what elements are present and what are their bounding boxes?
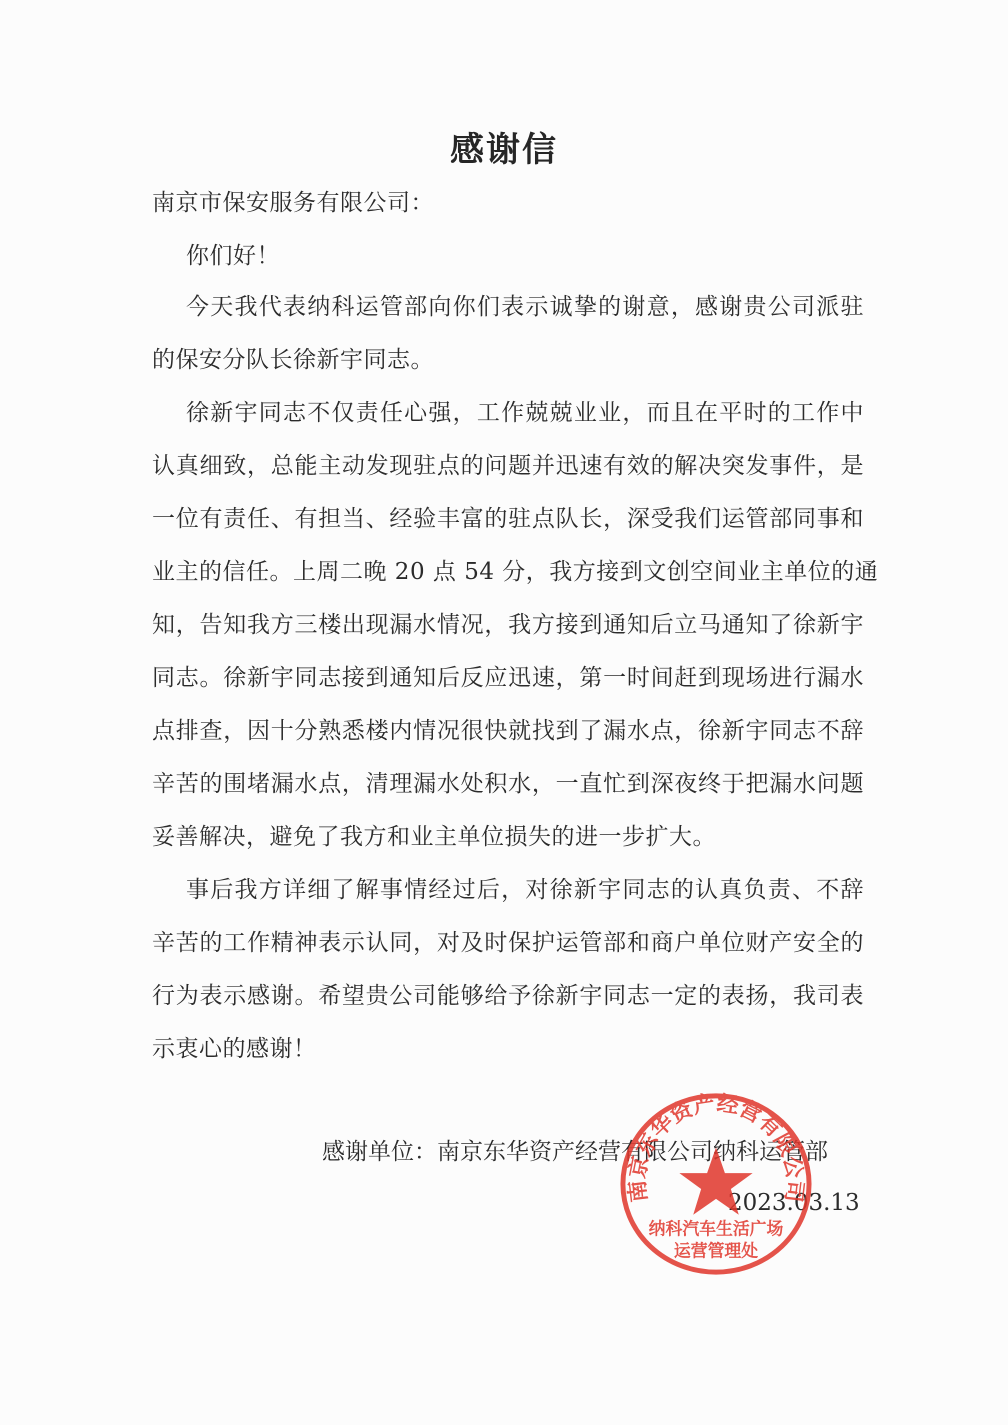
- seal-inner-text-2: 运营管理处: [674, 1240, 758, 1260]
- body-line: 点排查，因十分熟悉楼内情况很快就找到了漏水点，徐新宇同志不辞: [152, 716, 864, 746]
- letter-title: 感谢信: [0, 122, 1008, 171]
- body-line: 业主的信任。上周二晚 20 点 54 分，我方接到文创空间业主单位的通: [152, 557, 864, 587]
- body-line: 徐新宇同志不仅责任心强，工作兢兢业业，而且在平时的工作中: [186, 398, 864, 428]
- signature: 感谢单位：南京东华资产经营有限公司纳科运管部: [322, 1137, 828, 1167]
- body-line: 一位有责任、有担当、经验丰富的驻点队长，深受我们运管部同事和: [152, 504, 864, 534]
- salutation: 南京市保安服务有限公司：: [152, 188, 864, 218]
- body-line: 事后我方详细了解事情经过后，对徐新宇同志的认真负责、不辞: [186, 875, 864, 905]
- letter-date: 2023.03.13: [728, 1188, 860, 1218]
- body-line: 认真细致，总能主动发现驻点的问题并迅速有效的解决突发事件，是: [152, 451, 864, 481]
- greeting: 你们好！: [186, 241, 864, 271]
- body-line: 辛苦的工作精神表示认同，对及时保护运管部和商户单位财产安全的: [152, 928, 864, 958]
- body-line: 的保安分队长徐新宇同志。: [152, 345, 864, 375]
- body-line: 行为表示感谢。希望贵公司能够给予徐新宇同志一定的表扬，我司表: [152, 981, 864, 1011]
- seal-inner-text-1: 纳科汽车生活广场: [649, 1218, 784, 1238]
- body-line: 今天我代表纳科运管部向你们表示诚挚的谢意，感谢贵公司派驻: [186, 292, 864, 322]
- body-line: 同志。徐新宇同志接到通知后反应迅速，第一时间赶到现场进行漏水: [152, 663, 864, 693]
- body-line: 辛苦的围堵漏水点，清理漏水处积水，一直忙到深夜终于把漏水问题: [152, 769, 864, 799]
- official-seal-icon: 南京东华资产经营有限公司 纳科汽车生活广场 运营管理处: [617, 1089, 815, 1279]
- letter-page: 感谢信 南京市保安服务有限公司： 你们好！ 今天我代表纳科运管部向你们表示诚挚的…: [0, 0, 1008, 1425]
- body-line: 示衷心的感谢！: [152, 1034, 864, 1064]
- body-line: 知，告知我方三楼出现漏水情况，我方接到通知后立马通知了徐新宇: [152, 610, 864, 640]
- body-line: 妥善解决，避免了我方和业主单位损失的进一步扩大。: [152, 822, 864, 852]
